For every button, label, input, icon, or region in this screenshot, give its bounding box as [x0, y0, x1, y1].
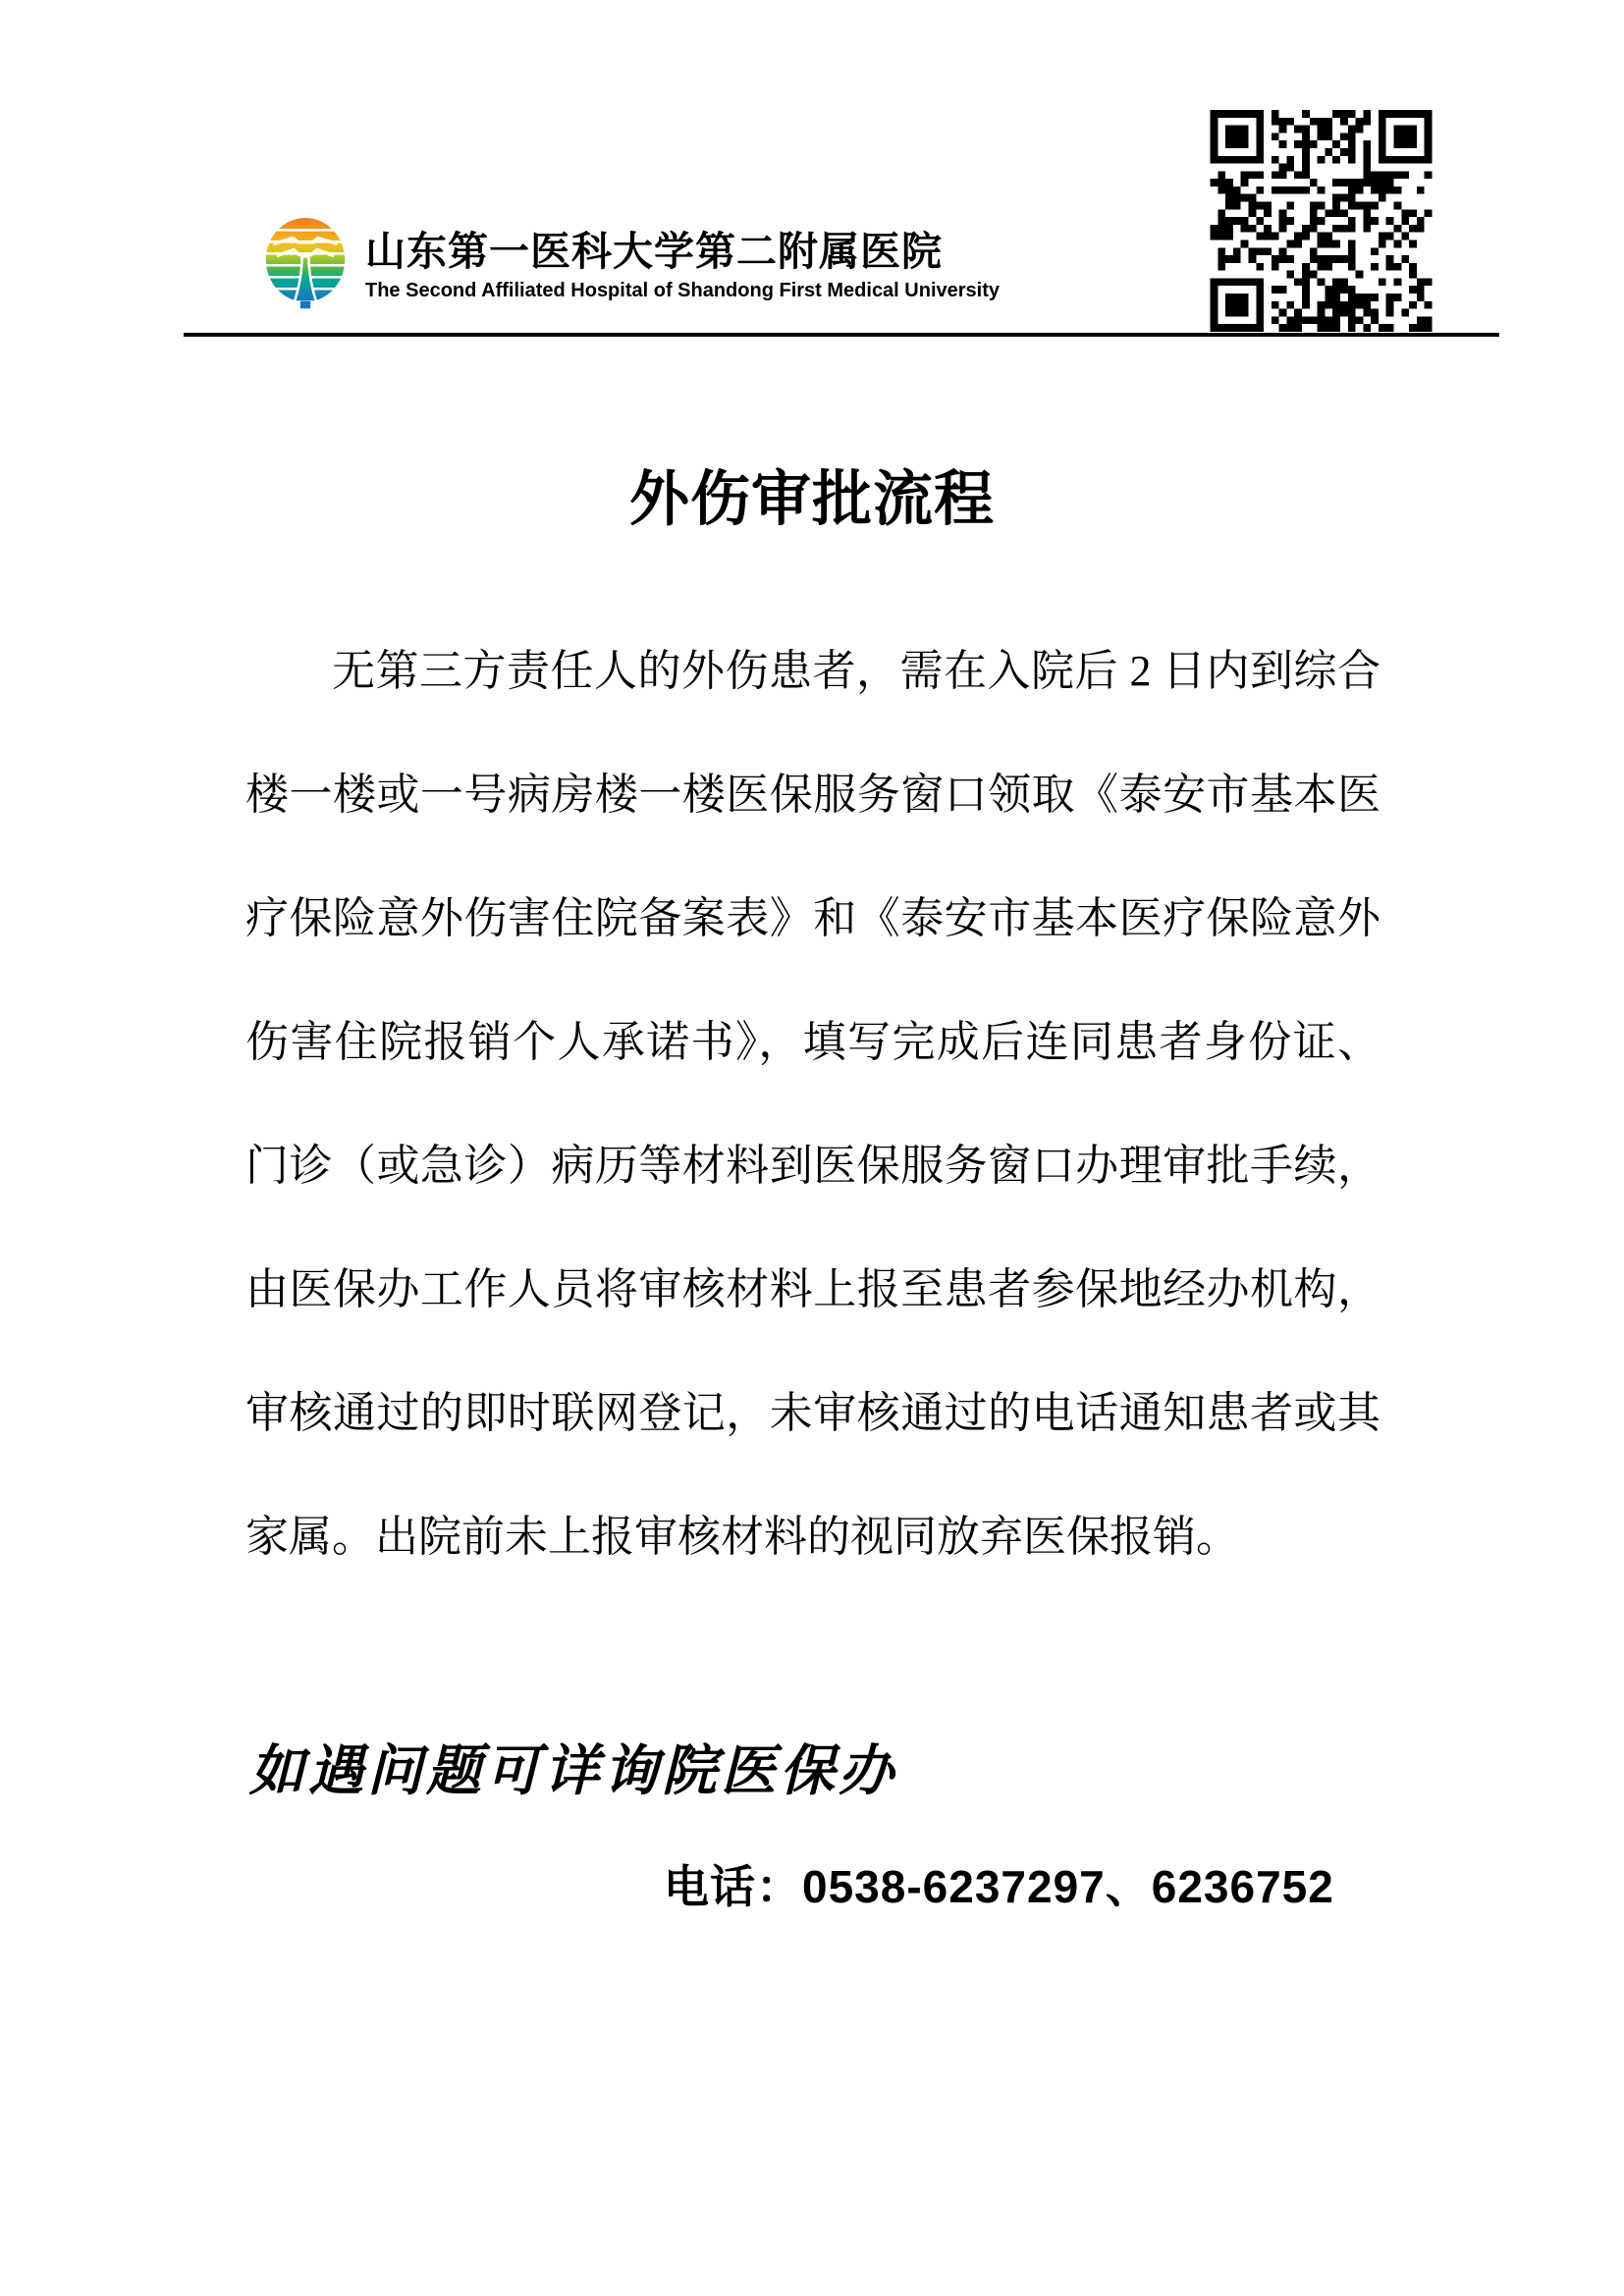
hospital-name-block: 山东第一医科大学第二附属医院 The Second Affiliated Hos…	[365, 227, 954, 302]
paragraph-line: 楼一楼或一号病房楼一楼医保服务窗口领取《泰安市基本医	[245, 733, 1380, 857]
header-divider	[184, 333, 1499, 337]
qr-code-icon	[1207, 110, 1435, 332]
paragraph-line: 审核通过的即时联网登记，未审核通过的电话通知患者或其	[245, 1352, 1380, 1475]
hospital-logo-icon	[263, 218, 348, 310]
contact-phone: 电话：0538-6237297、6236752	[664, 1851, 1334, 1916]
paragraph-line: 无第三方责任人的外伤患者，需在入院后 2 日内到综合	[245, 610, 1380, 733]
paragraph-line: 由医保办工作人员将审核材料上报至患者参保地经办机构，	[245, 1228, 1380, 1352]
hospital-name-cn: 山东第一医科大学第二附属医院	[365, 227, 954, 276]
paragraph-line: 门诊（或急诊）病历等材料到医保服务窗口办理审批手续，	[245, 1104, 1380, 1228]
page-title: 外伤审批流程	[0, 464, 1624, 533]
document-page: 山东第一医科大学第二附属医院 The Second Affiliated Hos…	[0, 0, 1624, 2296]
contact-note: 如遇问题可详询院医保办	[249, 1728, 897, 1806]
paragraph-line: 家属。出院前未上报审核材料的视同放弃医保报销。	[245, 1475, 1380, 1599]
body-paragraph: 无第三方责任人的外伤患者，需在入院后 2 日内到综合楼一楼或一号病房楼一楼医保服…	[245, 610, 1380, 1599]
hospital-name-en: The Second Affiliated Hospital of Shando…	[365, 280, 954, 302]
paragraph-line: 伤害住院报销个人承诺书》，填写完成后连同患者身份证、	[245, 981, 1380, 1104]
paragraph-line: 疗保险意外伤害住院备案表》和《泰安市基本医疗保险意外	[245, 857, 1380, 981]
